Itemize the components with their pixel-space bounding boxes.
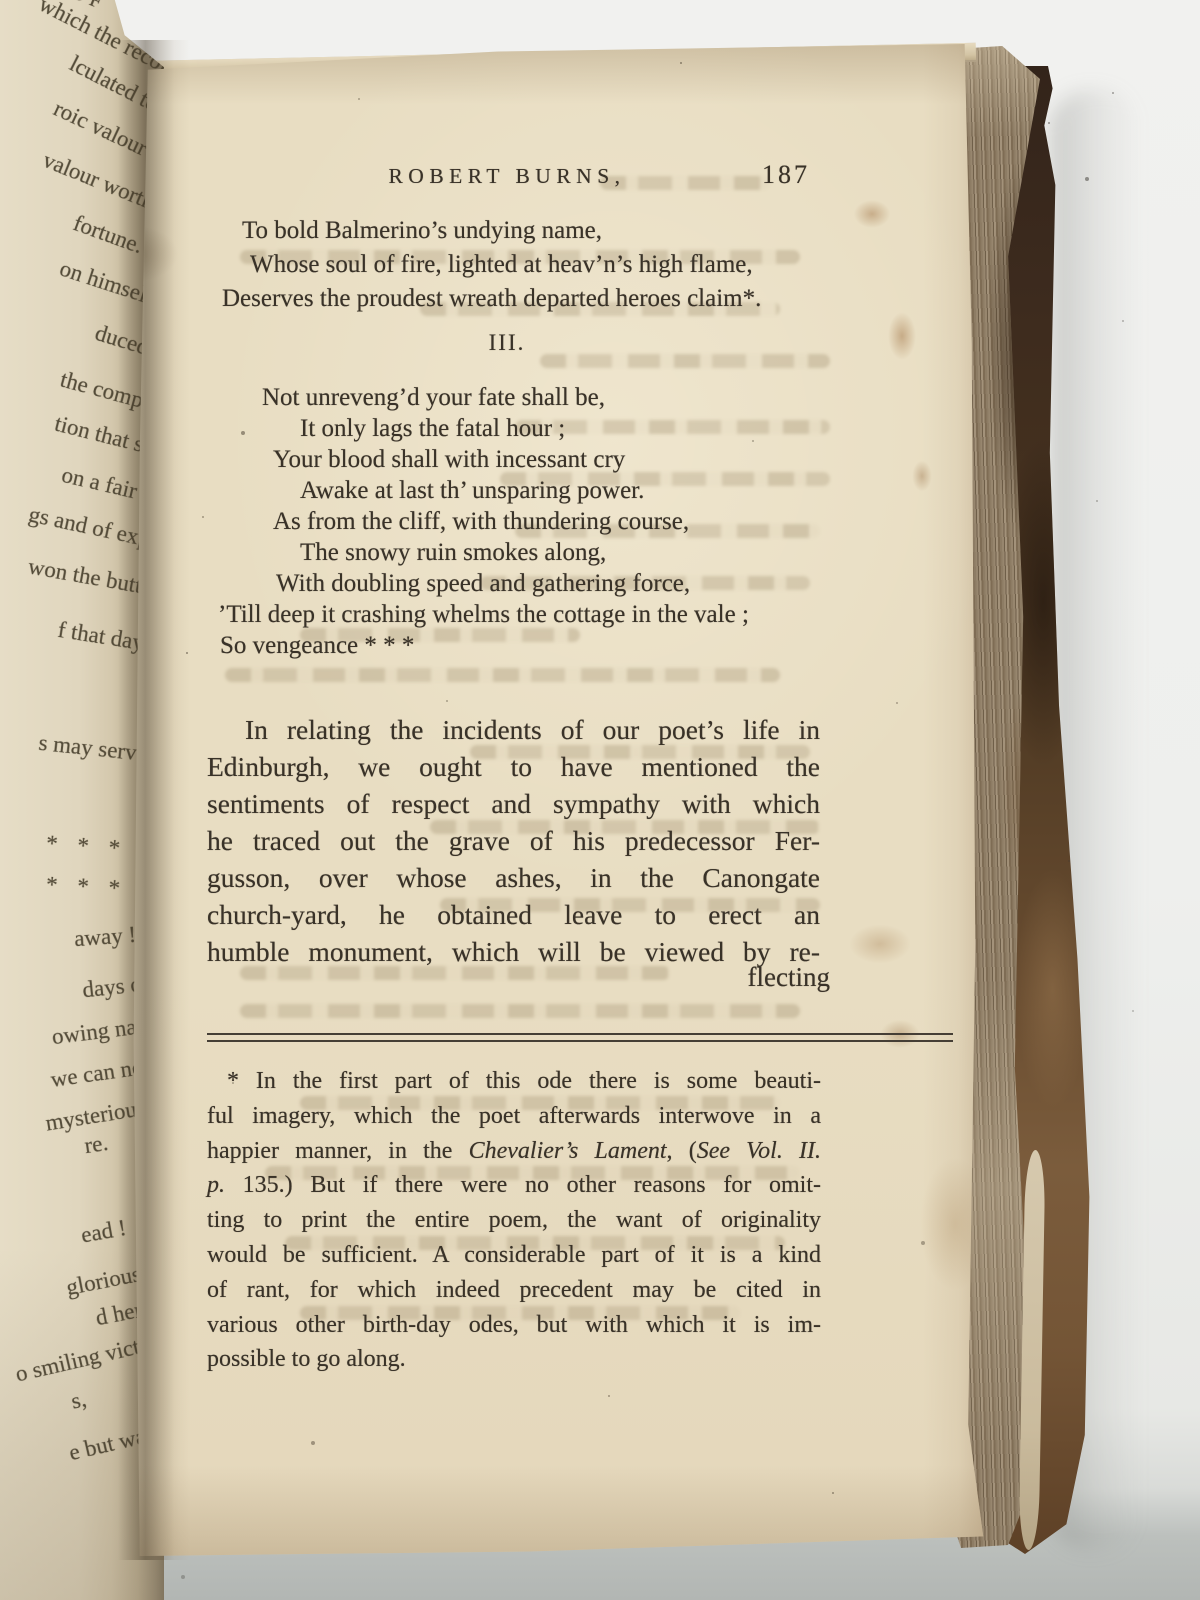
text-line: away ! — [0, 922, 137, 978]
text-line: sentiments of respect and sympathy with … — [207, 785, 820, 822]
ode-closing-lines: To bold Balmerino’s undying name,Whose s… — [207, 214, 761, 316]
body-paragraph: In relating the incidents of our poet’s … — [207, 711, 820, 970]
text-line: Not unreveng’d your fate shall be, — [207, 382, 749, 413]
book-photograph: E OFwhich the recollectilculated to insp… — [0, 0, 1200, 1600]
text-line: The snowy ruin smokes along, — [207, 537, 749, 568]
text-line: gusson, over whose ashes, in the Canonga… — [207, 859, 820, 896]
text-line: would be sufficient. A considerable part… — [207, 1238, 821, 1273]
text-line: happier manner, in the Chevalier’s Lamen… — [207, 1134, 821, 1169]
text-line: re. — [0, 1130, 110, 1216]
text-line: * * * — [0, 806, 121, 862]
footnote: * In the first part of this ode there is… — [207, 1064, 821, 1377]
text-line: Edinburgh, we ought to have mentioned th… — [207, 748, 820, 785]
ode-stanza: Not unreveng’d your fate shall be,It onl… — [207, 382, 749, 661]
text-line: of rant, for which indeed precedent may … — [207, 1273, 821, 1308]
text-line: So vengeance * * * — [207, 630, 749, 661]
text-line: ting to print the entire poem, the want … — [207, 1203, 821, 1238]
text-line: To bold Balmerino’s undying name, — [207, 214, 761, 248]
text-line: * In the first part of this ode there is… — [207, 1064, 821, 1099]
text-line: In relating the incidents of our poet’s … — [207, 711, 820, 748]
text-line: Your blood shall with incessant cry — [207, 444, 749, 475]
bleedthrough-texture — [240, 1004, 800, 1018]
catchword: flecting — [207, 962, 830, 993]
text-line: Deserves the proudest wreath departed he… — [207, 282, 761, 316]
text-line: p. 135.) But if there were no other reas… — [207, 1168, 821, 1203]
text-line: church-yard, he obtained leave to erect … — [207, 896, 820, 933]
page-number: 187 — [762, 160, 810, 190]
footnote-separator-rule — [207, 1033, 953, 1042]
text-line: ful imagery, which the poet afterwards i… — [207, 1099, 821, 1134]
text-line: he traced out the grave of his predecess… — [207, 822, 820, 859]
gutter-shadow — [118, 40, 190, 1560]
text-line: Whose soul of fire, lighted at heav’n’s … — [207, 248, 761, 282]
text-line: As from the cliff, with thundering cours… — [207, 506, 749, 537]
text-line: It only lags the fatal hour ; — [207, 413, 749, 444]
running-title: ROBERT BURNS, — [207, 164, 807, 189]
section-numeral: III. — [207, 330, 807, 356]
bleedthrough-texture — [225, 668, 780, 682]
text-line: possible to go along. — [207, 1342, 821, 1377]
text-line: ’Till deep it crashing whelms the cottag… — [207, 599, 749, 630]
bleedthrough-texture — [540, 354, 830, 368]
text-line: With doubling speed and gathering force, — [207, 568, 749, 599]
text-line: Awake at last th’ unsparing power. — [207, 475, 749, 506]
text-line: various other birth-day odes, but with w… — [207, 1308, 821, 1343]
